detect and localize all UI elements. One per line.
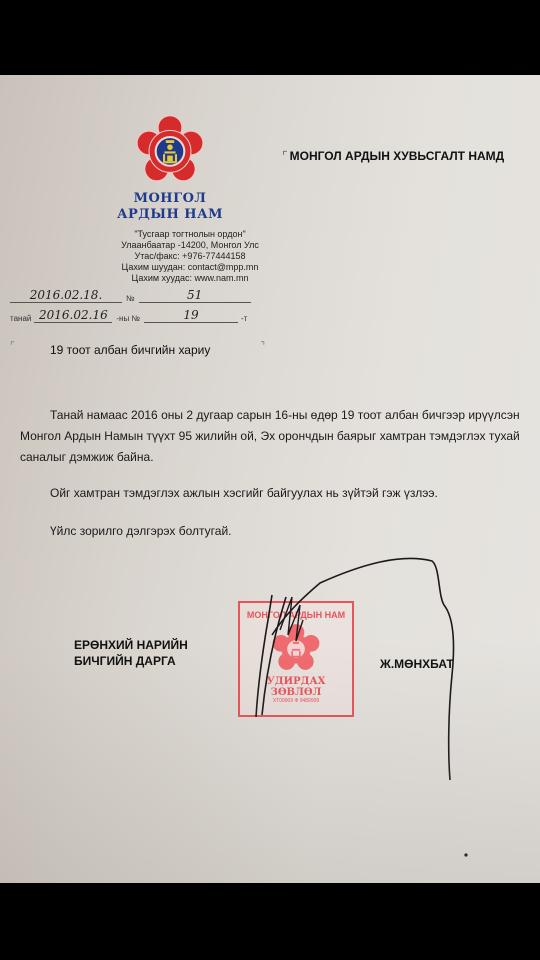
recipient-name: МОНГОЛ АРДЫН ХУВЬСГАЛТ НАМД — [290, 149, 505, 163]
outgoing-reference: 2016.02.18. № 51 — [10, 288, 251, 303]
stamp-code: ХТ09909 Ф 9489909 — [240, 698, 352, 704]
recipient: ⌜МОНГОЛ АРДЫН ХУВЬСГАЛТ НАМД — [282, 149, 504, 163]
signer-name: Ж.МӨНХБАТ — [380, 657, 454, 671]
subject-text: 19 тоот албан бичгийн хариу — [50, 343, 210, 357]
number-label: № — [126, 294, 135, 303]
contact-info: "Тусгаар тогтнолын ордон" Улаанбаатар -1… — [100, 229, 280, 284]
corner-mark-icon: ⌜ — [282, 149, 288, 163]
body-paragraph-3: Үйлс зорилго дэлгэрэх болтугай. — [50, 521, 526, 542]
corner-left-icon: ⌜ — [10, 341, 15, 352]
party-name: МОНГОЛ АРДЫН НАМ — [60, 191, 280, 223]
email: Цахим шуудан: contact@mpp.mn — [100, 262, 280, 273]
your-label: танай — [10, 314, 31, 323]
official-stamp: МОНГОЛ АРДЫН НАМ УДИРДАХ ЗӨВЛӨЛ ХТ09909 … — [238, 601, 354, 717]
stamp-emblem-icon — [268, 622, 324, 674]
incoming-date: 2016.02.16 — [34, 308, 112, 323]
signer-title: ЕРӨНХИЙ НАРИЙН БИЧГИЙН ДАРГА — [74, 637, 188, 669]
body-paragraph-2: Ойг хамтран тэмдэглэх ажлын хэсгийг байг… — [50, 483, 526, 504]
incoming-suffix: -ны № — [116, 314, 140, 323]
letter-photo: МОНГОЛ АРДЫН НАМ "Тусгаар тогтнолын ордо… — [0, 75, 540, 883]
letterhead: МОНГОЛ АРДЫН НАМ "Тусгаар тогтнолын ордо… — [60, 115, 280, 284]
party-emblem-icon — [135, 115, 205, 185]
incoming-reference: танай 2016.02.16 -ны № 19 -т — [10, 308, 247, 323]
stamp-top-text: МОНГОЛ АРДЫН НАМ — [240, 610, 352, 620]
incoming-number: 19 — [144, 308, 238, 323]
trailing-suffix: -т — [241, 314, 247, 323]
stamp-bottom-text: УДИРДАХ ЗӨВЛӨЛ — [240, 676, 352, 698]
outgoing-number: 51 — [139, 288, 251, 303]
address-city: Улаанбаатар -14200, Монгол Улс — [100, 240, 280, 251]
body-paragraph-1: Танай намаас 2016 оны 2 дугаар сарын 16-… — [20, 405, 525, 468]
outgoing-date: 2016.02.18. — [10, 288, 122, 303]
phone-fax: Утас/факс: +976-77444158 — [100, 251, 280, 262]
website: Цахим хуудас: www.nam.mn — [100, 273, 280, 284]
address-building: "Тусгаар тогтнолын ордон" — [100, 229, 280, 240]
corner-right-icon: ⌝ — [260, 341, 265, 352]
